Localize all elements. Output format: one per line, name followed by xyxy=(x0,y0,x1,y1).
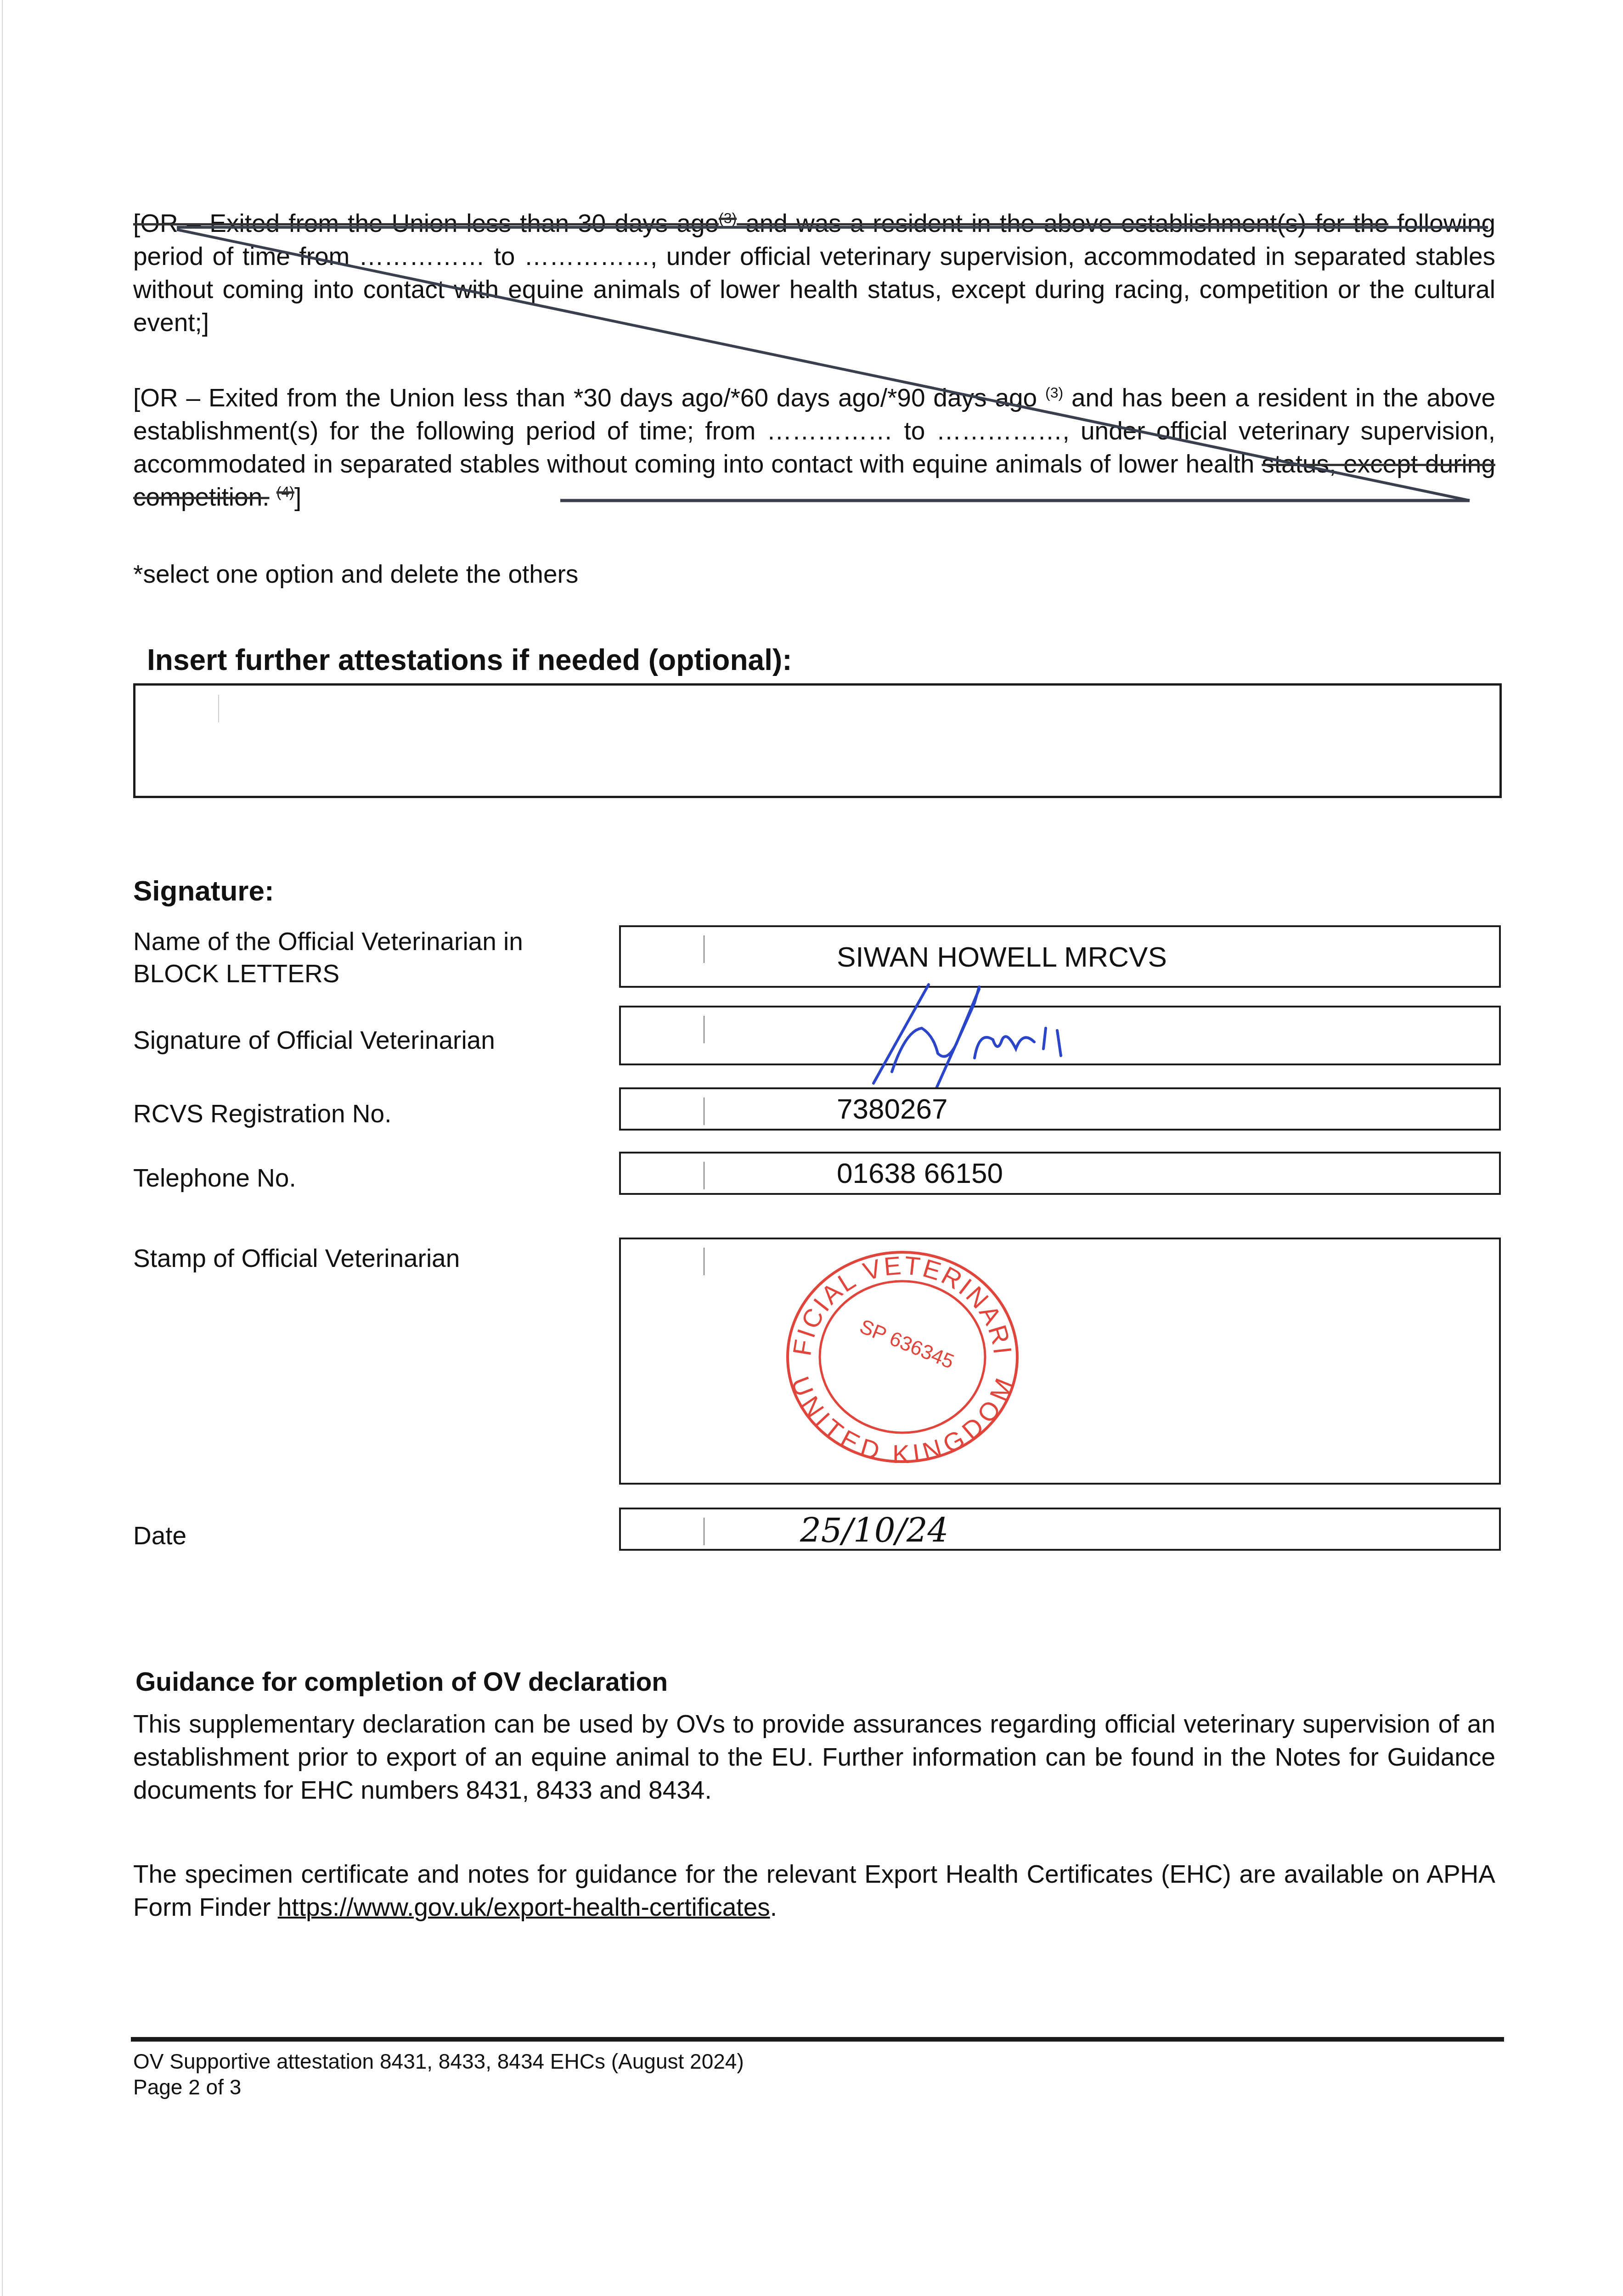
telephone-field[interactable]: 01638 66150 xyxy=(619,1152,1501,1195)
date-value: 25/10/24 xyxy=(800,1511,948,1550)
stamp-label: Stamp of Official Veterinarian xyxy=(133,1242,592,1274)
option-b-text: [OR – Exited from the Union less than *3… xyxy=(133,383,1037,412)
select-note: *select one option and delete the others xyxy=(133,559,578,589)
export-health-certificates-link[interactable]: https://www.gov.uk/export-health-certifi… xyxy=(278,1893,770,1921)
footnote-ref-3b: (3) xyxy=(1045,384,1063,401)
guidance-heading: Guidance for completion of OV declaratio… xyxy=(135,1667,668,1697)
footnote-ref-4: (4) xyxy=(276,484,294,500)
footer-rule xyxy=(131,2037,1504,2042)
option-a-paragraph: [OR – Exited from the Union less than 30… xyxy=(133,207,1495,339)
handwritten-signature-icon xyxy=(841,975,1163,1095)
name-value: SIWAN HOWELL MRCVS xyxy=(837,941,1167,974)
field-divider xyxy=(704,935,704,963)
guidance-paragraph-1: This supplementary declaration can be us… xyxy=(133,1707,1495,1806)
rcvs-field[interactable]: 7380267 xyxy=(619,1087,1501,1131)
signature-field[interactable] xyxy=(619,1006,1501,1065)
field-divider xyxy=(704,1248,704,1275)
stamp-center-text: SP 636345 xyxy=(857,1315,958,1373)
deletion-lines xyxy=(0,0,1623,2296)
telephone-label: Telephone No. xyxy=(133,1162,592,1194)
page-edge xyxy=(2,0,3,2296)
footnote-ref-3: (3) xyxy=(719,210,737,226)
field-divider xyxy=(704,1518,704,1545)
footer-page-number: Page 2 of 3 xyxy=(133,2075,241,2099)
rcvs-label: RCVS Registration No. xyxy=(133,1097,592,1130)
footer-title: OV Supportive attestation 8431, 8433, 84… xyxy=(133,2049,744,2074)
guidance-paragraph-2: The specimen certificate and notes for g… xyxy=(133,1857,1495,1924)
guidance-paragraph-2-suffix: . xyxy=(770,1893,777,1921)
option-b-end: ] xyxy=(294,483,301,511)
option-a-struck-mid: and was a resident in the above establis… xyxy=(737,209,1388,237)
date-label: Date xyxy=(133,1519,592,1552)
official-veterinarian-stamp-icon: OFFICIAL VETERINARIAN UNITED KINGDOM SP … xyxy=(778,1247,1026,1467)
rcvs-value: 7380267 xyxy=(837,1093,947,1125)
stamp-field[interactable] xyxy=(619,1238,1501,1485)
field-divider xyxy=(704,1162,704,1189)
name-label: Name of the Official Veterinarian in BLO… xyxy=(133,925,592,990)
stamp-bottom-text: UNITED KINGDOM xyxy=(786,1373,1020,1467)
option-b-paragraph: [OR – Exited from the Union less than *3… xyxy=(133,381,1495,513)
telephone-value: 01638 66150 xyxy=(837,1157,1003,1190)
field-divider xyxy=(704,1097,704,1125)
field-divider xyxy=(704,1016,704,1043)
svg-text:UNITED KINGDOM: UNITED KINGDOM xyxy=(786,1373,1020,1467)
signature-label: Signature of Official Veterinarian xyxy=(133,1024,592,1056)
further-attestations-heading: Insert further attestations if needed (o… xyxy=(147,643,792,677)
further-attestations-field[interactable] xyxy=(133,683,1502,798)
signature-heading: Signature: xyxy=(133,875,274,907)
field-tick xyxy=(218,695,219,722)
option-a-struck-prefix: [OR – Exited from the Union less than 30… xyxy=(133,209,719,237)
date-field[interactable]: 25/10/24 xyxy=(619,1508,1501,1551)
